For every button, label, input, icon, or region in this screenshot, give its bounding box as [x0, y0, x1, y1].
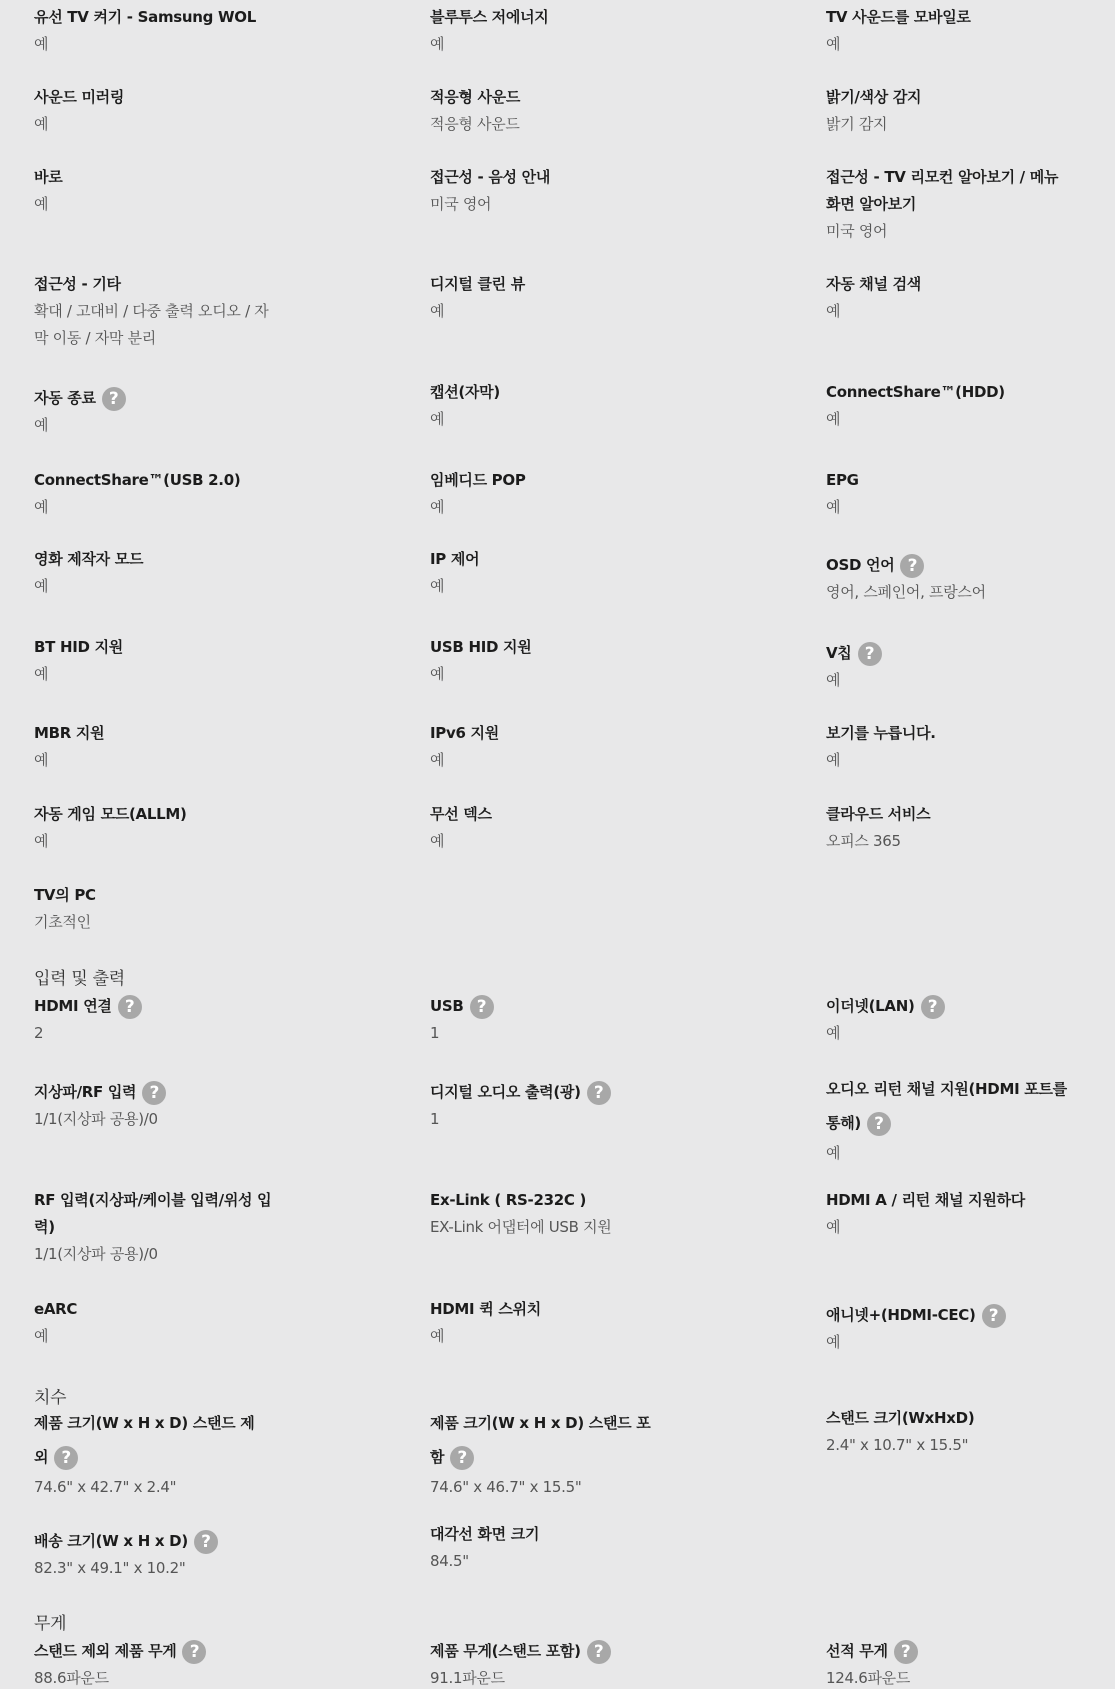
spec-item: USB HID 지원 예	[430, 634, 730, 688]
spec-label-text: 오디오 리턴 채널 지원(HDMI 포트를 통해)	[826, 1080, 1067, 1132]
spec-value: 예	[430, 1323, 730, 1350]
spec-label-text: 배송 크기(W x H x D)	[34, 1532, 188, 1550]
spec-label-text: OSD 언어	[826, 556, 894, 574]
spec-label: 오디오 리턴 채널 지원(HDMI 포트를 통해)?	[826, 1072, 1076, 1140]
spec-label: 제품 크기(W x H x D) 스탠드 제외?	[34, 1406, 259, 1474]
spec-label: 밝기/색상 감지	[826, 84, 1115, 111]
spec-label: 바로	[34, 164, 334, 191]
spec-label-text: 지상파/RF 입력	[34, 1083, 136, 1101]
spec-value: 예	[430, 494, 730, 521]
spec-label: HDMI 연결?	[34, 993, 334, 1020]
spec-item: 제품 크기(W x H x D) 스탠드 포함? 74.6" x 46.7" x…	[430, 1406, 655, 1501]
spec-label-text: 스탠드 제외 제품 무게	[34, 1642, 176, 1660]
spec-label: IPv6 지원	[430, 720, 730, 747]
help-icon[interactable]: ?	[194, 1530, 218, 1554]
spec-label: 스탠드 제외 제품 무게?	[34, 1638, 334, 1665]
spec-item: ConnectShare™(HDD) 예	[826, 379, 1115, 433]
spec-item: 제품 크기(W x H x D) 스탠드 제외? 74.6" x 42.7" x…	[34, 1406, 259, 1501]
spec-value: 124.6파운드	[826, 1665, 1115, 1689]
help-icon[interactable]: ?	[587, 1640, 611, 1664]
spec-item: BT HID 지원 예	[34, 634, 334, 688]
spec-value: 1	[430, 1020, 730, 1047]
spec-label-text: V칩	[826, 644, 852, 662]
spec-item: 블루투스 저에너지 예	[430, 4, 730, 58]
spec-label-text: 제품 무게(스탠드 포함)	[430, 1642, 581, 1660]
spec-item: 제품 무게(스탠드 포함)? 91.1파운드	[430, 1638, 730, 1689]
spec-item: ConnectShare™(USB 2.0) 예	[34, 467, 334, 521]
spec-item: 접근성 - 기타 확대 / 고대비 / 다중 출력 오디오 / 자막 이동 / …	[34, 271, 274, 352]
help-icon[interactable]: ?	[982, 1304, 1006, 1328]
help-icon[interactable]: ?	[182, 1640, 206, 1664]
spec-label: 선적 무게?	[826, 1638, 1115, 1665]
spec-value: 82.3" x 49.1" x 10.2"	[34, 1555, 334, 1582]
spec-value: 1	[430, 1106, 730, 1133]
spec-value: 예	[430, 31, 730, 58]
spec-item: TV 사운드를 모바일로 예	[826, 4, 1115, 58]
spec-value: 91.1파운드	[430, 1665, 730, 1689]
help-icon[interactable]: ?	[867, 1112, 891, 1136]
section-title-weight: 무게	[34, 1609, 66, 1634]
spec-value: 예	[34, 31, 334, 58]
spec-item: 오디오 리턴 채널 지원(HDMI 포트를 통해)? 예	[826, 1072, 1076, 1167]
spec-label: 제품 무게(스탠드 포함)?	[430, 1638, 730, 1665]
spec-label: MBR 지원	[34, 720, 334, 747]
spec-label: TV의 PC	[34, 882, 334, 909]
spec-value: 오피스 365	[826, 828, 1115, 855]
spec-value: 예	[34, 828, 334, 855]
spec-label: 자동 채널 검색	[826, 271, 1115, 298]
spec-item: MBR 지원 예	[34, 720, 334, 774]
spec-label: 디지털 오디오 출력(광)?	[430, 1079, 730, 1106]
spec-label: 이더넷(LAN)?	[826, 993, 1115, 1020]
spec-item: 이더넷(LAN)? 예	[826, 993, 1115, 1047]
section-title-io: 입력 및 출력	[34, 964, 125, 989]
spec-item: 디지털 클린 뷰 예	[430, 271, 730, 325]
spec-value: 예	[430, 298, 730, 325]
spec-item: IP 제어 예	[430, 546, 730, 600]
spec-label: EPG	[826, 467, 1115, 494]
help-icon[interactable]: ?	[118, 995, 142, 1019]
spec-item: 자동 채널 검색 예	[826, 271, 1115, 325]
spec-label: OSD 언어?	[826, 552, 1115, 579]
spec-value: 적응형 사운드	[430, 111, 730, 138]
spec-value: 84.5"	[430, 1548, 730, 1575]
spec-label: USB?	[430, 993, 730, 1020]
spec-label: HDMI 퀵 스위치	[430, 1296, 730, 1323]
spec-item: 스탠드 크기(WxHxD) 2.4" x 10.7" x 15.5"	[826, 1405, 1115, 1459]
spec-item: HDMI A / 리턴 채널 지원하다 예	[826, 1187, 1115, 1241]
spec-label-text: USB	[430, 997, 464, 1015]
spec-label-text: 애니넷+(HDMI-CEC)	[826, 1306, 976, 1324]
help-icon[interactable]: ?	[470, 995, 494, 1019]
spec-value: 예	[826, 406, 1115, 433]
help-icon[interactable]: ?	[587, 1081, 611, 1105]
help-icon[interactable]: ?	[894, 1640, 918, 1664]
spec-value: 영어, 스페인어, 프랑스어	[826, 579, 1115, 606]
spec-value: 예	[826, 298, 1115, 325]
spec-item: 대각선 화면 크기 84.5"	[430, 1521, 730, 1575]
help-icon[interactable]: ?	[142, 1081, 166, 1105]
spec-item: eARC 예	[34, 1296, 334, 1350]
spec-value: 예	[826, 494, 1115, 521]
spec-label: 캡션(자막)	[430, 379, 730, 406]
help-icon[interactable]: ?	[54, 1446, 78, 1470]
spec-label-text: 디지털 오디오 출력(광)	[430, 1083, 581, 1101]
spec-value: 기초적인	[34, 909, 334, 936]
spec-item: TV의 PC 기초적인	[34, 882, 334, 936]
spec-label: 접근성 - TV 리모컨 알아보기 / 메뉴 화면 알아보기	[826, 164, 1066, 218]
spec-item: 무선 덱스 예	[430, 801, 730, 855]
spec-value: 예	[826, 1140, 1076, 1167]
spec-item: 자동 종료? 예	[34, 385, 334, 439]
spec-label: eARC	[34, 1296, 334, 1323]
spec-value: 밝기 감지	[826, 111, 1115, 138]
spec-item: 자동 게임 모드(ALLM) 예	[34, 801, 334, 855]
spec-label: ConnectShare™(HDD)	[826, 379, 1115, 406]
spec-value: 예	[826, 667, 1115, 694]
spec-label: 대각선 화면 크기	[430, 1521, 730, 1548]
spec-item: 접근성 - 음성 안내 미국 영어	[430, 164, 730, 218]
spec-label-text: 자동 종료	[34, 389, 96, 407]
spec-value: 1/1(지상파 공용)/0	[34, 1241, 279, 1268]
spec-item: 접근성 - TV 리모컨 알아보기 / 메뉴 화면 알아보기 미국 영어	[826, 164, 1066, 245]
spec-label: 사운드 미러링	[34, 84, 334, 111]
help-icon[interactable]: ?	[921, 995, 945, 1019]
spec-item: 캡션(자막) 예	[430, 379, 730, 433]
spec-label-text: HDMI 연결	[34, 997, 112, 1015]
help-icon[interactable]: ?	[450, 1446, 474, 1470]
spec-value: 미국 영어	[430, 191, 730, 218]
spec-value: 예	[34, 1323, 334, 1350]
spec-label: 지상파/RF 입력?	[34, 1079, 334, 1106]
spec-item: 배송 크기(W x H x D)? 82.3" x 49.1" x 10.2"	[34, 1528, 334, 1582]
spec-item: HDMI 연결? 2	[34, 993, 334, 1047]
spec-label: 보기를 누릅니다.	[826, 720, 1115, 747]
spec-label: 적응형 사운드	[430, 84, 730, 111]
spec-label: 접근성 - 기타	[34, 271, 274, 298]
spec-item: OSD 언어? 영어, 스페인어, 프랑스어	[826, 552, 1115, 606]
spec-item: 적응형 사운드 적응형 사운드	[430, 84, 730, 138]
spec-value: 예	[430, 828, 730, 855]
spec-item: 영화 제작자 모드 예	[34, 546, 334, 600]
spec-item: 보기를 누릅니다. 예	[826, 720, 1115, 774]
spec-value: 예	[34, 573, 334, 600]
spec-label: 유선 TV 켜기 - Samsung WOL	[34, 4, 334, 31]
spec-item: 밝기/색상 감지 밝기 감지	[826, 84, 1115, 138]
spec-item: HDMI 퀵 스위치 예	[430, 1296, 730, 1350]
spec-label: V칩?	[826, 640, 1115, 667]
spec-label: BT HID 지원	[34, 634, 334, 661]
spec-item: 지상파/RF 입력? 1/1(지상파 공용)/0	[34, 1079, 334, 1133]
spec-value: 예	[430, 661, 730, 688]
spec-value: 예	[34, 111, 334, 138]
spec-value: EX-Link 어댑터에 USB 지원	[430, 1214, 730, 1241]
spec-value: 예	[826, 1329, 1115, 1356]
spec-label: 자동 종료?	[34, 385, 334, 412]
spec-value: 예	[826, 31, 1115, 58]
help-icon[interactable]: ?	[102, 387, 126, 411]
spec-value: 예	[826, 747, 1115, 774]
spec-item: 바로 예	[34, 164, 334, 218]
spec-item: V칩? 예	[826, 640, 1115, 694]
spec-value: 2	[34, 1020, 334, 1047]
spec-item: EPG 예	[826, 467, 1115, 521]
spec-label-text: 선적 무게	[826, 1642, 888, 1660]
spec-value: 74.6" x 46.7" x 15.5"	[430, 1474, 655, 1501]
spec-label: USB HID 지원	[430, 634, 730, 661]
help-icon[interactable]: ?	[900, 554, 924, 578]
spec-value: 예	[34, 661, 334, 688]
spec-value: 미국 영어	[826, 218, 1066, 245]
spec-value: 확대 / 고대비 / 다중 출력 오디오 / 자막 이동 / 자막 분리	[34, 298, 274, 352]
spec-label: 블루투스 저에너지	[430, 4, 730, 31]
spec-label: Ex-Link ( RS-232C )	[430, 1187, 730, 1214]
spec-value: 예	[826, 1020, 1115, 1047]
spec-item: 사운드 미러링 예	[34, 84, 334, 138]
spec-label: HDMI A / 리턴 채널 지원하다	[826, 1187, 1115, 1214]
spec-label: 자동 게임 모드(ALLM)	[34, 801, 334, 828]
spec-item: Ex-Link ( RS-232C ) EX-Link 어댑터에 USB 지원	[430, 1187, 730, 1241]
spec-label: 디지털 클린 뷰	[430, 271, 730, 298]
spec-value: 1/1(지상파 공용)/0	[34, 1106, 334, 1133]
spec-label: RF 입력(지상파/케이블 입력/위성 입력)	[34, 1187, 279, 1241]
spec-label: 배송 크기(W x H x D)?	[34, 1528, 334, 1555]
spec-value: 74.6" x 42.7" x 2.4"	[34, 1474, 259, 1501]
spec-item: 유선 TV 켜기 - Samsung WOL 예	[34, 4, 334, 58]
spec-label: 스탠드 크기(WxHxD)	[826, 1405, 1115, 1432]
spec-item: 선적 무게? 124.6파운드	[826, 1638, 1115, 1689]
spec-label: 애니넷+(HDMI-CEC)?	[826, 1302, 1115, 1329]
spec-label-text: 이더넷(LAN)	[826, 997, 915, 1015]
spec-item: IPv6 지원 예	[430, 720, 730, 774]
spec-value: 예	[34, 747, 334, 774]
spec-value: 2.4" x 10.7" x 15.5"	[826, 1432, 1115, 1459]
spec-value: 예	[826, 1214, 1115, 1241]
spec-value: 예	[430, 573, 730, 600]
spec-item: 애니넷+(HDMI-CEC)? 예	[826, 1302, 1115, 1356]
spec-item: 스탠드 제외 제품 무게? 88.6파운드	[34, 1638, 334, 1689]
spec-label: 영화 제작자 모드	[34, 546, 334, 573]
spec-label: 무선 덱스	[430, 801, 730, 828]
spec-item: 디지털 오디오 출력(광)? 1	[430, 1079, 730, 1133]
spec-label: 임베디드 POP	[430, 467, 730, 494]
spec-label: 제품 크기(W x H x D) 스탠드 포함?	[430, 1406, 655, 1474]
spec-label: TV 사운드를 모바일로	[826, 4, 1115, 31]
spec-value: 예	[34, 494, 334, 521]
spec-item: USB? 1	[430, 993, 730, 1047]
spec-value: 예	[34, 191, 334, 218]
help-icon[interactable]: ?	[858, 642, 882, 666]
spec-label: ConnectShare™(USB 2.0)	[34, 467, 334, 494]
spec-value: 예	[430, 406, 730, 433]
spec-item: 클라우드 서비스 오피스 365	[826, 801, 1115, 855]
spec-label: 접근성 - 음성 안내	[430, 164, 730, 191]
spec-label: 클라우드 서비스	[826, 801, 1115, 828]
spec-value: 88.6파운드	[34, 1665, 334, 1689]
spec-value: 예	[34, 412, 334, 439]
section-title-dimensions: 치수	[34, 1383, 66, 1408]
spec-value: 예	[430, 747, 730, 774]
spec-item: RF 입력(지상파/케이블 입력/위성 입력) 1/1(지상파 공용)/0	[34, 1187, 279, 1268]
spec-item: 임베디드 POP 예	[430, 467, 730, 521]
spec-label: IP 제어	[430, 546, 730, 573]
